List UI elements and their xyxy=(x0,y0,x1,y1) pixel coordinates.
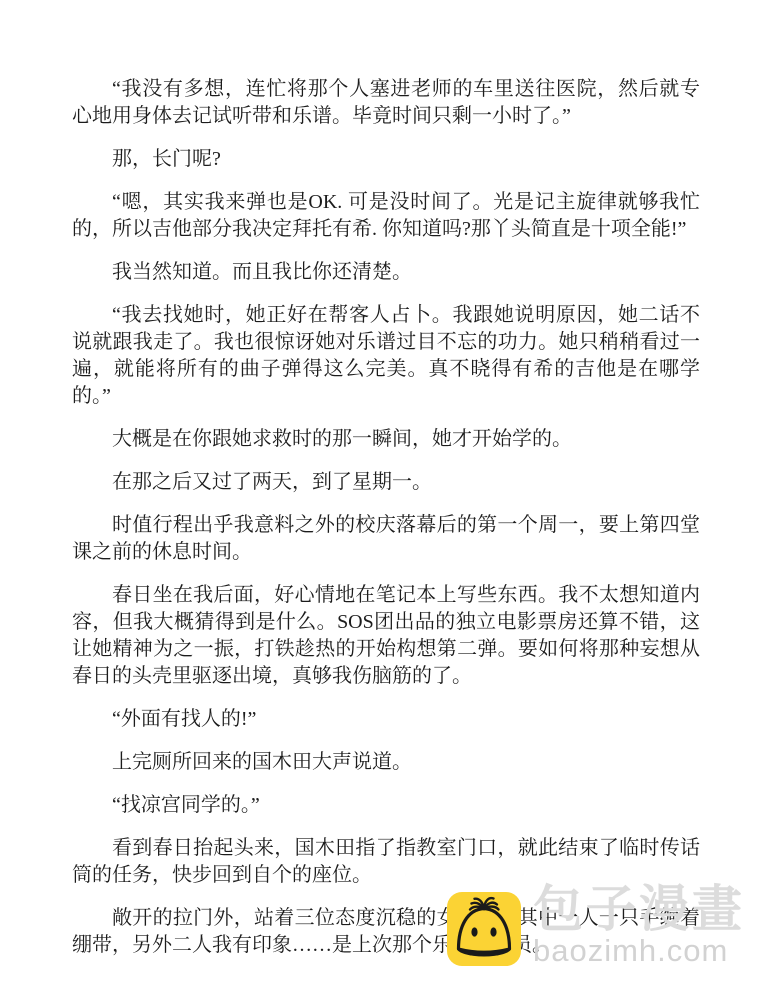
paragraph: 春日坐在我后面，好心情地在笔记本上写些东西。我不太想知道内容，但我大概猜得到是什… xyxy=(72,582,700,690)
paragraph: 那，长门呢? xyxy=(72,146,700,173)
watermark-brand: 包子漫畫 xyxy=(533,884,745,934)
watermark-text: 包子漫畫 baozimh.com xyxy=(533,884,745,966)
watermark-domain: baozimh.com xyxy=(533,935,745,966)
paragraph: “我去找她时，她正好在帮客人占卜。我跟她说明原因，她二话不说就跟我走了。我也很惊… xyxy=(72,302,700,410)
novel-page: “我没有多想，连忙将那个人塞进老师的车里送往医院，然后就专心地用身体去记试听带和… xyxy=(0,0,765,990)
paragraph: “找凉宫同学的。” xyxy=(72,792,700,819)
paragraph: 时值行程出乎我意料之外的校庆落幕后的第一个周一，要上第四堂课之前的休息时间。 xyxy=(72,512,700,566)
site-watermark: 包子漫畫 baozimh.com xyxy=(447,884,745,966)
paragraph: “嗯，其实我来弹也是OK. 可是没时间了。光是记主旋律就够我忙的，所以吉他部分我… xyxy=(72,189,700,243)
novel-text-block: “我没有多想，连忙将那个人塞进老师的车里送往医院，然后就专心地用身体去记试听带和… xyxy=(72,76,700,975)
paragraph: 我当然知道。而且我比你还清楚。 xyxy=(72,259,700,286)
baozi-bun-icon xyxy=(447,892,521,966)
paragraph: “外面有找人的!” xyxy=(72,706,700,733)
paragraph: 大概是在你跟她求救时的那一瞬间，她才开始学的。 xyxy=(72,426,700,453)
paragraph: 上完厕所回来的国木田大声说道。 xyxy=(72,749,700,776)
paragraph: “我没有多想，连忙将那个人塞进老师的车里送往医院，然后就专心地用身体去记试听带和… xyxy=(72,76,700,130)
paragraph: 在那之后又过了两天，到了星期一。 xyxy=(72,469,700,496)
